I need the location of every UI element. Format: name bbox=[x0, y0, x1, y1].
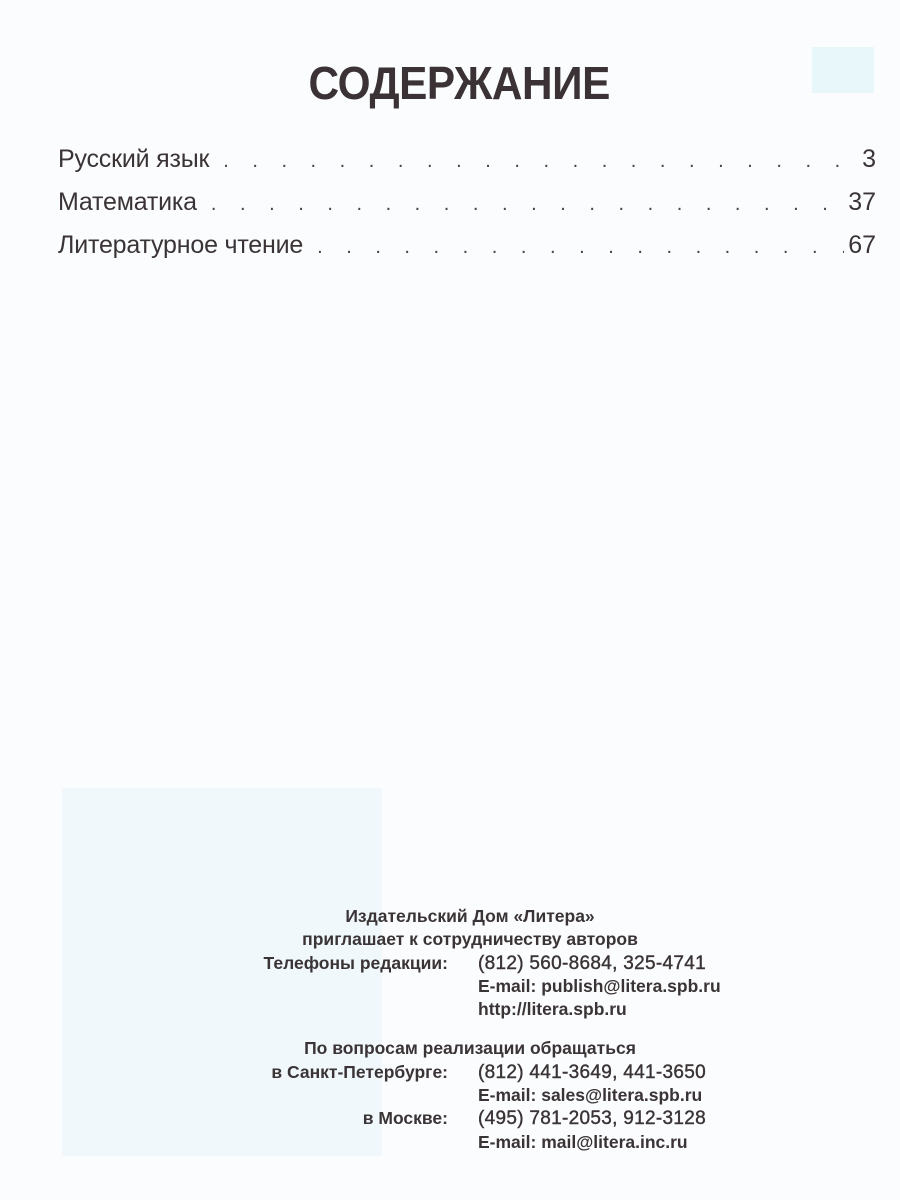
spb-label: в Санкт-Петербурге: bbox=[271, 1061, 448, 1084]
publisher-invite: приглашает к сотрудничеству авторов bbox=[0, 928, 900, 951]
publisher-name: Издательский Дом «Литера» bbox=[0, 905, 900, 928]
toc-entry-math[interactable]: Математика . . . . . . . . . . . . . . .… bbox=[58, 188, 876, 231]
spb-email-row: E-mail: sales@litera.spb.ru bbox=[0, 1084, 900, 1107]
toc-entry-page: 67 bbox=[848, 231, 876, 260]
editorial-phones: (812) 560-8684, 325-4741 bbox=[478, 952, 706, 975]
editorial-phones-row: Телефоны редакции: (812) 560-8684, 325-4… bbox=[0, 952, 900, 975]
toc-entry-label: Математика bbox=[58, 188, 197, 217]
moscow-label: в Москве: bbox=[363, 1107, 448, 1130]
toc-entry-page: 3 bbox=[860, 145, 876, 174]
toc-entry-page: 37 bbox=[848, 188, 876, 217]
spb-email-link[interactable]: E-mail: sales@litera.spb.ru bbox=[478, 1084, 702, 1107]
editorial-email-link[interactable]: E-mail: publish@litera.spb.ru bbox=[478, 975, 721, 998]
moscow-phones: (495) 781-2053, 912-3128 bbox=[478, 1107, 706, 1130]
toc-leader-dots: . . . . . . . . . . . . . . . . . . . . … bbox=[317, 236, 844, 259]
sales-heading: По вопросам реализации обращаться bbox=[0, 1037, 900, 1060]
page-title: СОДЕРЖАНИЕ bbox=[36, 56, 864, 110]
toc-entry-label: Литературное чтение bbox=[58, 231, 303, 260]
spacer bbox=[0, 1021, 900, 1037]
table-of-contents: Русский язык . . . . . . . . . . . . . .… bbox=[58, 145, 876, 274]
editorial-email-row: E-mail: publish@litera.spb.ru bbox=[0, 975, 900, 998]
website-row: http://litera.spb.ru bbox=[0, 998, 900, 1021]
toc-leader-dots: . . . . . . . . . . . . . . . . . . . . … bbox=[211, 193, 844, 216]
website-link[interactable]: http://litera.spb.ru bbox=[478, 998, 627, 1021]
toc-entry-label: Русский язык bbox=[58, 145, 209, 174]
moscow-email-link[interactable]: E-mail: mail@litera.inc.ru bbox=[478, 1131, 688, 1154]
editorial-label: Телефоны редакции: bbox=[264, 952, 448, 975]
moscow-phones-row: в Москве: (495) 781-2053, 912-3128 bbox=[0, 1107, 900, 1130]
toc-entry-literature[interactable]: Литературное чтение . . . . . . . . . . … bbox=[58, 231, 876, 274]
toc-entry-russian[interactable]: Русский язык . . . . . . . . . . . . . .… bbox=[58, 145, 876, 188]
moscow-email-row: E-mail: mail@litera.inc.ru bbox=[0, 1131, 900, 1154]
spb-phones: (812) 441-3649, 441-3650 bbox=[478, 1061, 706, 1084]
publisher-contacts: Издательский Дом «Литера» приглашает к с… bbox=[0, 905, 900, 1154]
spb-phones-row: в Санкт-Петербурге: (812) 441-3649, 441-… bbox=[0, 1061, 900, 1084]
toc-leader-dots: . . . . . . . . . . . . . . . . . . . . … bbox=[223, 150, 856, 173]
